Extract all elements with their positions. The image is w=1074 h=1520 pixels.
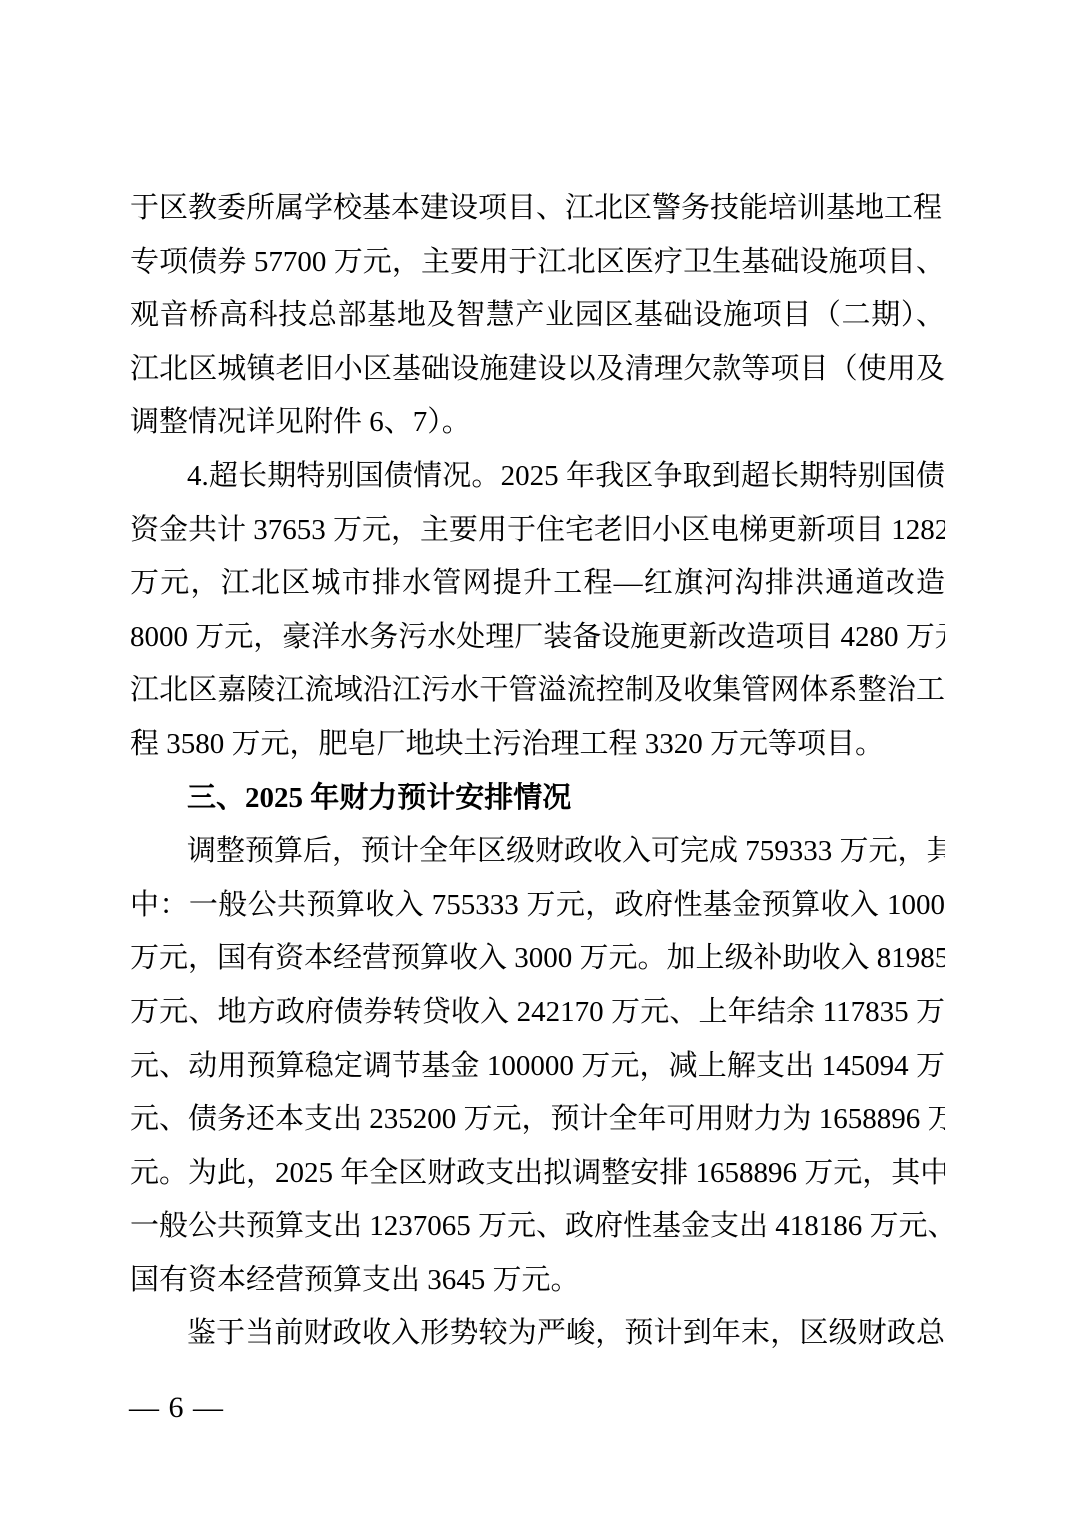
text-line: 专项债券 57700 万元，主要用于江北区医疗卫生基础设施项目、 bbox=[130, 236, 945, 290]
text-line: 程 3580 万元，肥皂厂地块土污治理工程 3320 万元等项目。 bbox=[130, 718, 945, 772]
text-line: 鉴于当前财政收入形势较为严峻，预计到年末，区级财政总 bbox=[130, 1307, 945, 1361]
text-line: 中：一般公共预算收入 755333 万元，政府性基金预算收入 1000 bbox=[130, 879, 945, 933]
text-line: 资金共计 37653 万元，主要用于住宅老旧小区电梯更新项目 12825 bbox=[130, 504, 945, 558]
text-line: 调整情况详见附件 6、7）。 bbox=[130, 396, 945, 450]
text-line: 8000 万元，豪洋水务污水处理厂装备设施更新改造项目 4280 万元， bbox=[130, 611, 945, 665]
text-line: 观音桥高科技总部基地及智慧产业园区基础设施项目（二期）、 bbox=[130, 289, 945, 343]
text-line: 万元，国有资本经营预算收入 3000 万元。加上级补助收入 819852 bbox=[130, 932, 945, 986]
section-heading: 三、2025 年财力预计安排情况 bbox=[130, 772, 945, 826]
text-line: 国有资本经营预算支出 3645 万元。 bbox=[130, 1254, 945, 1308]
text-line: 4.超长期特别国债情况。2025 年我区争取到超长期特别国债 bbox=[130, 450, 945, 504]
text-line: 于区教委所属学校基本建设项目、江北区警务技能培训基地工程； bbox=[130, 182, 945, 236]
document-body: 于区教委所属学校基本建设项目、江北区警务技能培训基地工程； 专项债券 57700… bbox=[130, 182, 945, 1361]
text-line: 江北区嘉陵江流域沿江污水干管溢流控制及收集管网体系整治工 bbox=[130, 664, 945, 718]
text-line: 万元，江北区城市排水管网提升工程—红旗河沟排洪通道改造 bbox=[130, 557, 945, 611]
text-line: 一般公共预算支出 1237065 万元、政府性基金支出 418186 万元、 bbox=[130, 1200, 945, 1254]
text-line: 万元、地方政府债券转贷收入 242170 万元、上年结余 117835 万 bbox=[130, 986, 945, 1040]
text-line: 元。为此，2025 年全区财政支出拟调整安排 1658896 万元，其中： bbox=[130, 1147, 945, 1201]
document-page: 于区教委所属学校基本建设项目、江北区警务技能培训基地工程； 专项债券 57700… bbox=[0, 0, 1074, 1520]
text-line: 调整预算后，预计全年区级财政收入可完成 759333 万元，其 bbox=[130, 825, 945, 879]
text-line: 元、债务还本支出 235200 万元，预计全年可用财力为 1658896 万 bbox=[130, 1093, 945, 1147]
text-line: 元、动用预算稳定调节基金 100000 万元，减上解支出 145094 万 bbox=[130, 1040, 945, 1094]
page-number: — 6 — bbox=[129, 1391, 224, 1425]
text-line: 江北区城镇老旧小区基础设施建设以及清理欠款等项目（使用及 bbox=[130, 343, 945, 397]
